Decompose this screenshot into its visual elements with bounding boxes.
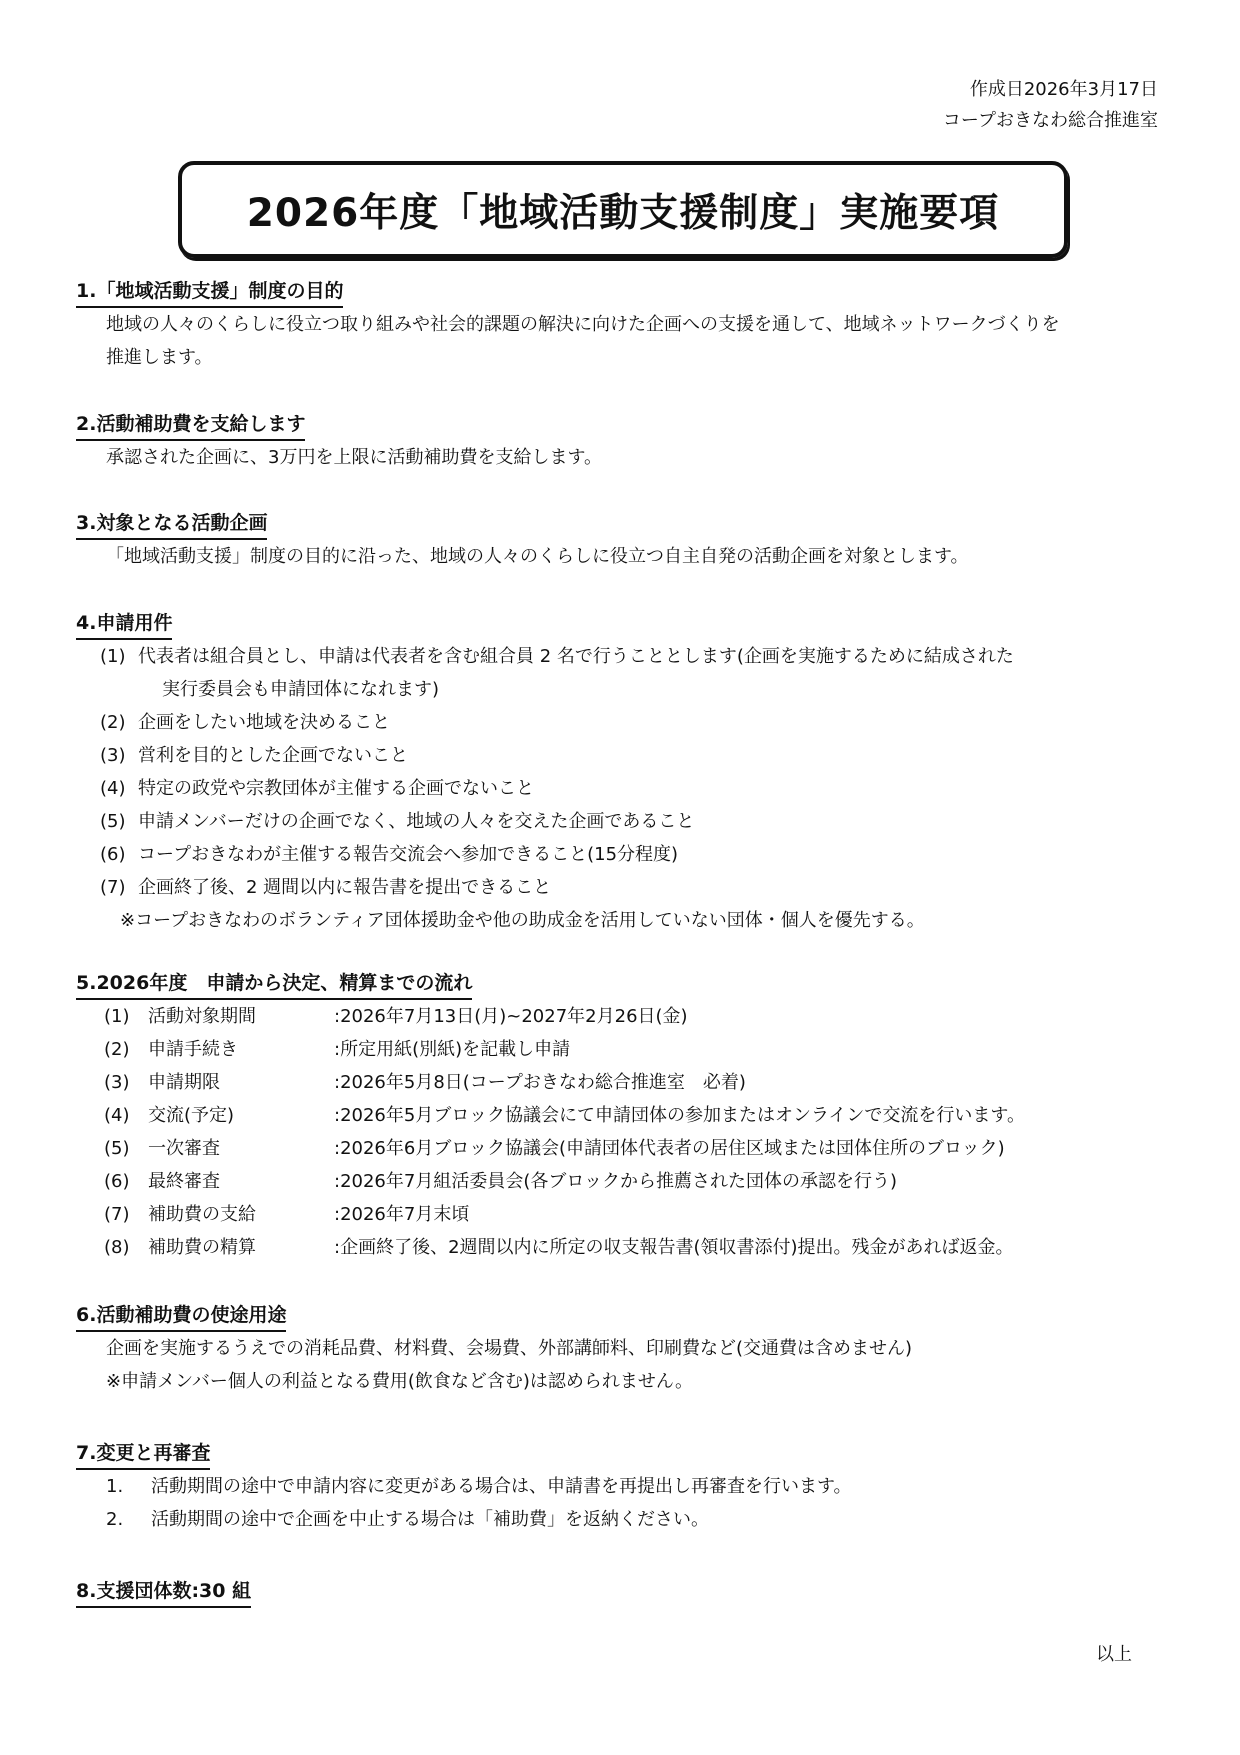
requirement-item: (5) 申請メンバーだけの企画でなく、地域の人々を交えた企画であること (76, 805, 1176, 838)
section-target-activities: 3.対象となる活動企画 「地域活動支援」制度の目的に沿った、地域の人々のくらしに… (76, 510, 969, 573)
requirement-item: (7) 企画終了後、2 週間以内に報告書を提出できること (76, 871, 1176, 904)
item-text: 代表者は組合員とし、申請は代表者を含む組合員 2 名で行うこととします(企画を実… (138, 640, 1014, 673)
item-text: 特定の政党や宗教団体が主催する企画でないこと (138, 772, 534, 805)
section-text: 推進します。 (76, 341, 1060, 374)
change-item: 2. 活動期間の途中で企画を中止する場合は「補助費」を返納ください。 (76, 1503, 1176, 1536)
row-value: :企画終了後、2週間以内に所定の収支報告書(領収書添付)提出。残金があれば返金。 (334, 1231, 1176, 1264)
item-number: (1) (100, 640, 138, 673)
row-value: :2026年5月ブロック協議会にて申請団体の参加またはオンラインで交流を行います… (334, 1099, 1176, 1132)
row-number: (3) (104, 1066, 148, 1099)
item-number: (2) (100, 706, 138, 739)
section-heading: 1.「地域活動支援」制度の目的 (76, 278, 343, 308)
item-number: 2. (106, 1503, 151, 1536)
section-text: 地域の人々のくらしに役立つ取り組みや社会的課題の解決に向けた企画への支援を通して… (76, 308, 1060, 341)
flow-row: (3) 申請期限 :2026年5月8日(コープおきなわ総合推進室 必着) (76, 1066, 1176, 1099)
section-heading: 6.活動補助費の使途用途 (76, 1302, 286, 1332)
flow-row: (2) 申請手続き :所定用紙(別紙)を記載し申請 (76, 1033, 1176, 1066)
section-heading: 8.支援団体数:30 組 (76, 1578, 251, 1608)
requirement-item: (2) 企画をしたい地域を決めること (76, 706, 1176, 739)
row-number: (5) (104, 1132, 148, 1165)
section-text: 承認された企画に、3万円を上限に活動補助費を支給します。 (76, 441, 602, 474)
section-heading: 4.申請用件 (76, 610, 172, 640)
item-number: (6) (100, 838, 138, 871)
item-number: (7) (100, 871, 138, 904)
closing-mark: 以上 (1096, 1640, 1132, 1666)
document-title: 2026年度「地域活動支援制度」実施要項 (247, 182, 1000, 238)
row-label: 一次審査 (148, 1132, 334, 1165)
item-number: (4) (100, 772, 138, 805)
row-label: 申請手続き (148, 1033, 334, 1066)
section-subsidy: 2.活動補助費を支給します 承認された企画に、3万円を上限に活動補助費を支給しま… (76, 411, 602, 474)
requirement-item: (4) 特定の政党や宗教団体が主催する企画でないこと (76, 772, 1176, 805)
section-requirements: 4.申請用件 (1) 代表者は組合員とし、申請は代表者を含む組合員 2 名で行う… (76, 610, 1176, 937)
requirement-item: (3) 営利を目的とした企画でないこと (76, 739, 1176, 772)
item-text: 申請メンバーだけの企画でなく、地域の人々を交えた企画であること (138, 805, 694, 838)
row-value: :2026年5月8日(コープおきなわ総合推進室 必着) (334, 1066, 1176, 1099)
section-heading: 7.変更と再審査 (76, 1440, 210, 1470)
row-number: (2) (104, 1033, 148, 1066)
item-text-continued: 実行委員会も申請団体になれます) (100, 673, 439, 706)
priority-note: ※コープおきなわのボランティア団体援助金や他の助成金を活用していない団体・個人を… (76, 904, 1176, 937)
item-text: 企画をしたい地域を決めること (138, 706, 390, 739)
row-label: 交流(予定) (148, 1099, 334, 1132)
row-label: 補助費の精算 (148, 1231, 334, 1264)
created-date: 作成日2026年3月17日 (943, 74, 1158, 105)
row-label: 申請期限 (148, 1066, 334, 1099)
row-value: :2026年6月ブロック協議会(申請団体代表者の居住区域または団体住所のブロック… (334, 1132, 1176, 1165)
organization-name: コープおきなわ総合推進室 (943, 105, 1158, 136)
flow-row: (1) 活動対象期間 :2026年7月13日(月)~2027年2月26日(金) (76, 1000, 1176, 1033)
row-value: :所定用紙(別紙)を記載し申請 (334, 1033, 1176, 1066)
section-expense-usage: 6.活動補助費の使途用途 企画を実施するうえでの消耗品費、材料費、会場費、外部講… (76, 1302, 1176, 1398)
section-note: ※申請メンバー個人の利益となる費用(飲食など含む)は認められません。 (76, 1365, 1176, 1398)
flow-row: (5) 一次審査 :2026年6月ブロック協議会(申請団体代表者の居住区域または… (76, 1132, 1176, 1165)
row-value: :2026年7月組活委員会(各ブロックから推薦された団体の承認を行う) (334, 1165, 1176, 1198)
section-group-count: 8.支援団体数:30 組 (76, 1578, 251, 1608)
row-number: (8) (104, 1231, 148, 1264)
row-number: (6) (104, 1165, 148, 1198)
item-number: (3) (100, 739, 138, 772)
item-text: 活動期間の途中で申請内容に変更がある場合は、申請書を再提出し再審査を行います。 (151, 1470, 852, 1503)
section-flow: 5.2026年度 申請から決定、精算までの流れ (1) 活動対象期間 :2026… (76, 970, 1176, 1264)
item-number: 1. (106, 1470, 151, 1503)
row-number: (1) (104, 1000, 148, 1033)
section-changes-review: 7.変更と再審査 1. 活動期間の途中で申請内容に変更がある場合は、申請書を再提… (76, 1440, 1176, 1536)
section-text: 「地域活動支援」制度の目的に沿った、地域の人々のくらしに役立つ自主自発の活動企画… (76, 540, 969, 573)
item-text: 活動期間の途中で企画を中止する場合は「補助費」を返納ください。 (151, 1503, 709, 1536)
section-text: 企画を実施するうえでの消耗品費、材料費、会場費、外部講師料、印刷費など(交通費は… (76, 1332, 1176, 1365)
flow-row: (6) 最終審査 :2026年7月組活委員会(各ブロックから推薦された団体の承認… (76, 1165, 1176, 1198)
row-number: (7) (104, 1198, 148, 1231)
change-item: 1. 活動期間の途中で申請内容に変更がある場合は、申請書を再提出し再審査を行いま… (76, 1470, 1176, 1503)
row-label: 活動対象期間 (148, 1000, 334, 1033)
item-text: 営利を目的とした企画でないこと (138, 739, 408, 772)
row-label: 最終審査 (148, 1165, 334, 1198)
flow-row: (4) 交流(予定) :2026年5月ブロック協議会にて申請団体の参加またはオン… (76, 1099, 1176, 1132)
row-number: (4) (104, 1099, 148, 1132)
row-value: :2026年7月13日(月)~2027年2月26日(金) (334, 1000, 1176, 1033)
row-label: 補助費の支給 (148, 1198, 334, 1231)
section-heading: 5.2026年度 申請から決定、精算までの流れ (76, 970, 472, 1000)
requirement-item: (1) 代表者は組合員とし、申請は代表者を含む組合員 2 名で行うこととします(… (76, 640, 1176, 706)
section-heading: 2.活動補助費を支給します (76, 411, 305, 441)
item-number: (5) (100, 805, 138, 838)
row-value: :2026年7月末頃 (334, 1198, 1176, 1231)
document-meta: 作成日2026年3月17日 コープおきなわ総合推進室 (943, 74, 1158, 136)
title-box: 2026年度「地域活動支援制度」実施要項 (178, 161, 1068, 258)
flow-row: (8) 補助費の精算 :企画終了後、2週間以内に所定の収支報告書(領収書添付)提… (76, 1231, 1176, 1264)
section-purpose: 1.「地域活動支援」制度の目的 地域の人々のくらしに役立つ取り組みや社会的課題の… (76, 278, 1060, 374)
flow-row: (7) 補助費の支給 :2026年7月末頃 (76, 1198, 1176, 1231)
section-heading: 3.対象となる活動企画 (76, 510, 267, 540)
item-text: 企画終了後、2 週間以内に報告書を提出できること (138, 871, 551, 904)
requirement-item: (6) コープおきなわが主催する報告交流会へ参加できること(15分程度) (76, 838, 1176, 871)
item-text: コープおきなわが主催する報告交流会へ参加できること(15分程度) (138, 838, 678, 871)
